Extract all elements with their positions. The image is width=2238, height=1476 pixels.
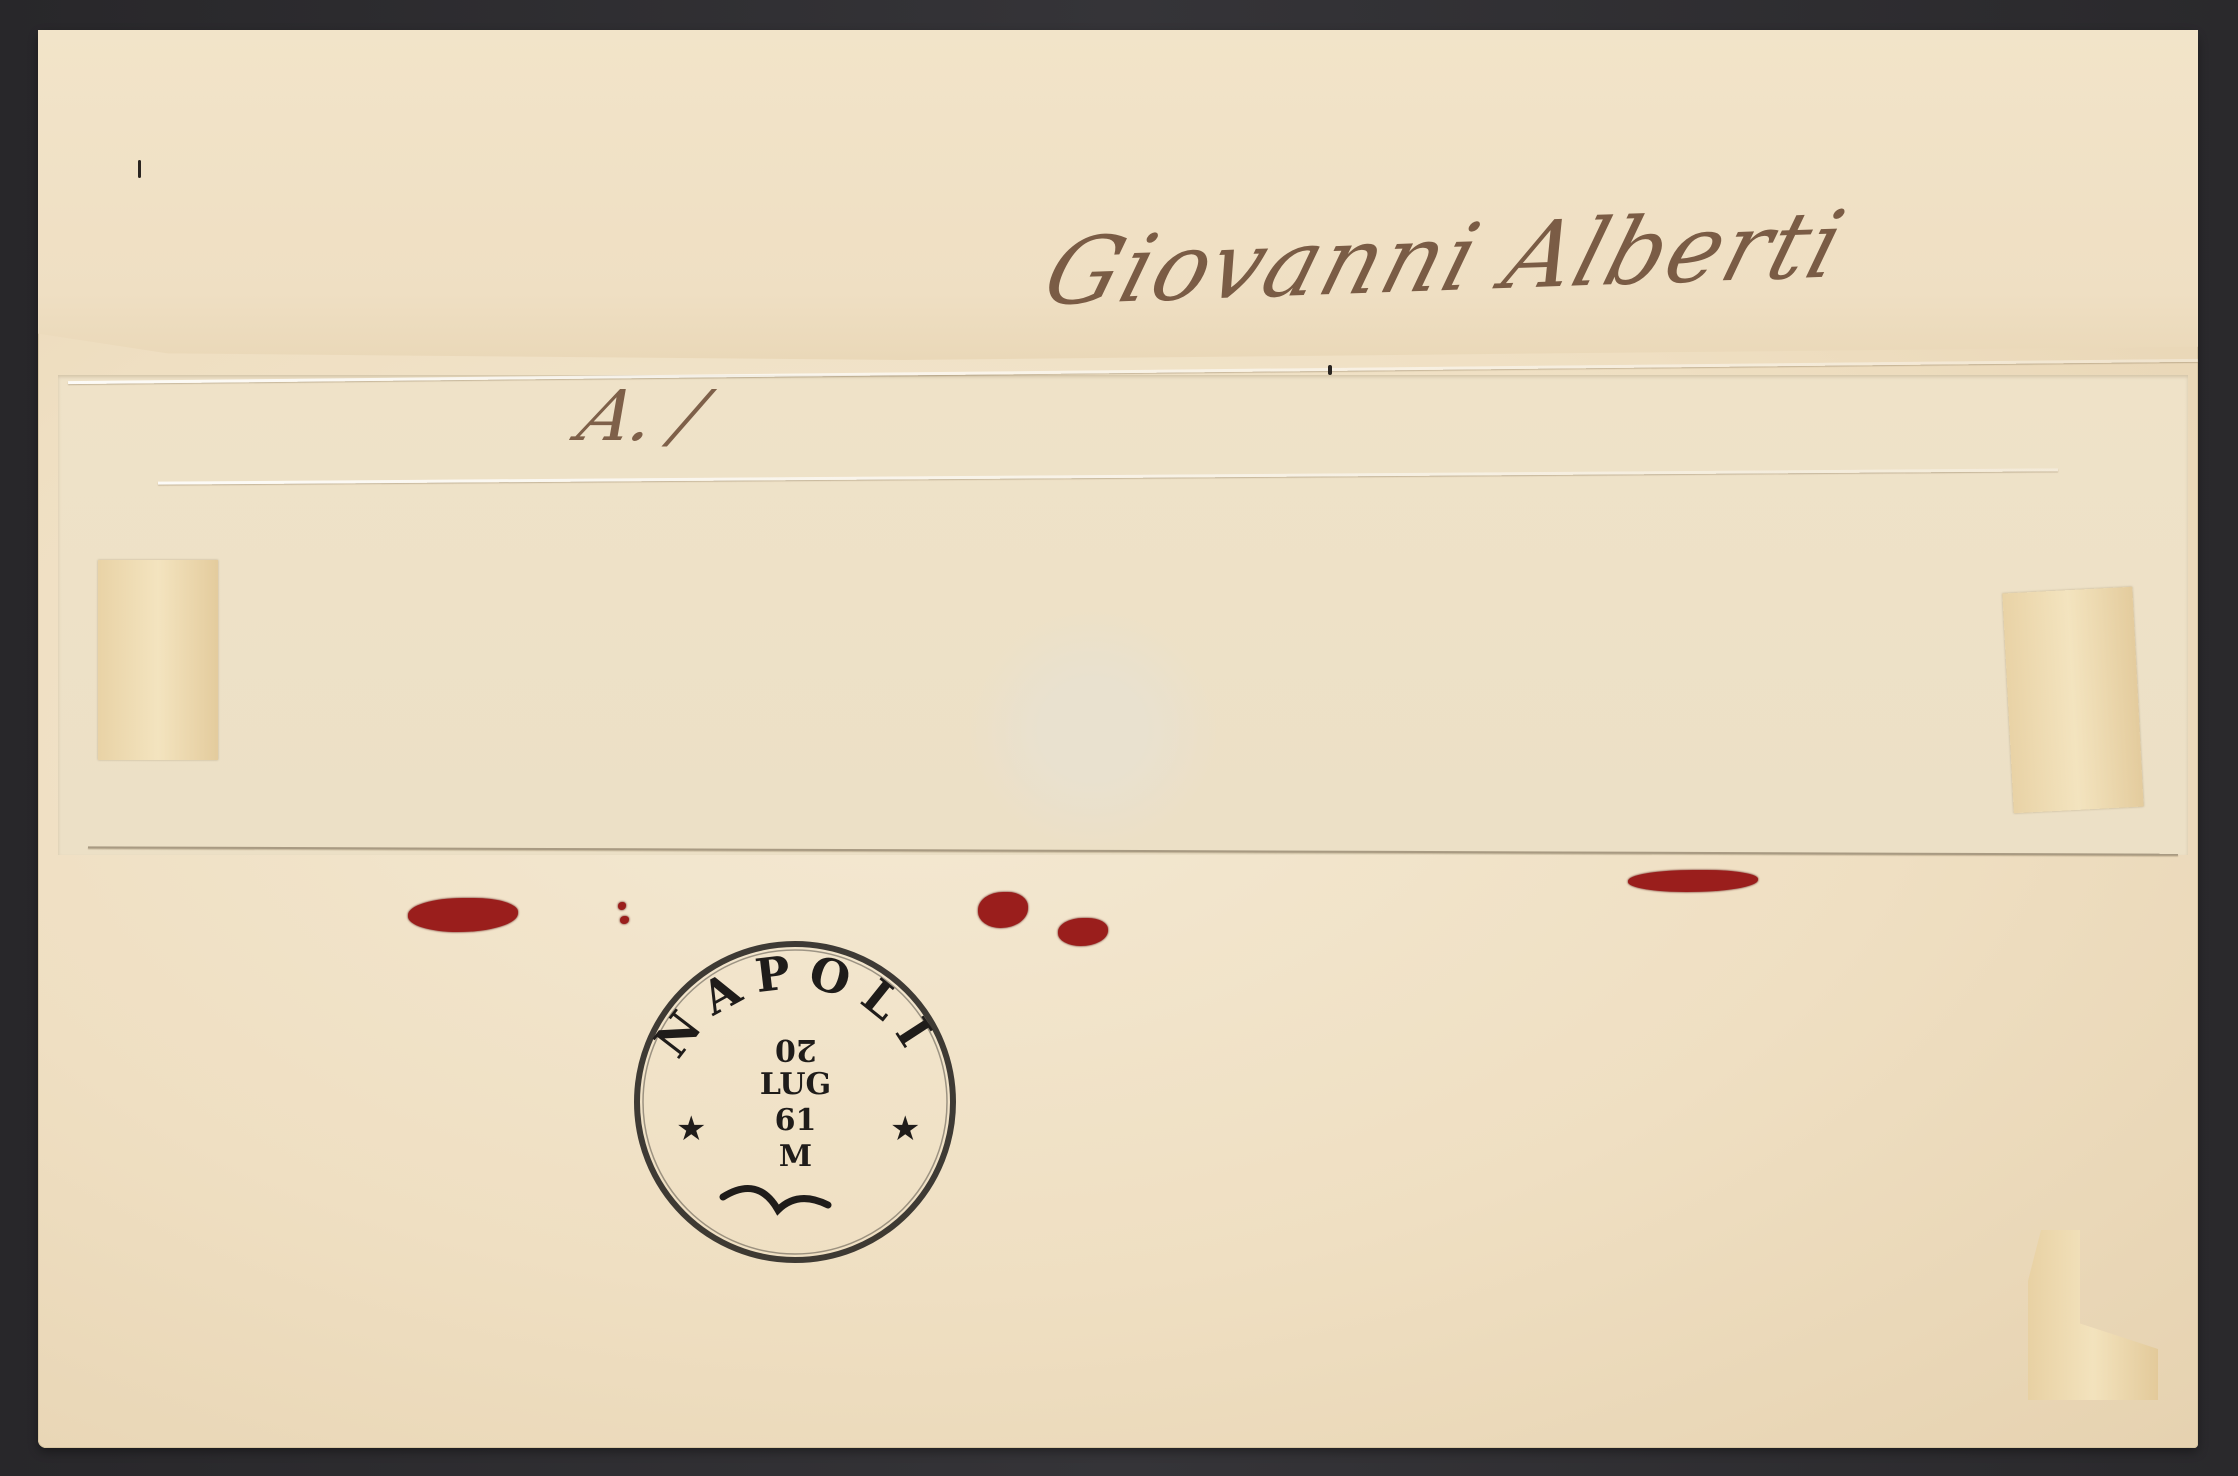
postmark-date: 20 LUG 61 M xyxy=(628,935,963,1270)
hinge-tape-left xyxy=(98,560,218,760)
postmark-time-mark: M xyxy=(779,1142,812,1172)
wax-seal-remnant xyxy=(978,892,1028,928)
wax-drop xyxy=(620,916,629,924)
wax-drop xyxy=(618,902,626,910)
hinge-tape-corner xyxy=(2028,1230,2158,1400)
wax-seal-remnant xyxy=(1058,918,1108,946)
seal-impression xyxy=(968,610,1218,850)
wax-seal-remnant xyxy=(408,898,518,932)
letter-sheet: Giovanni Alberti A. / NAPOLI ★ ★ 20 LUG … xyxy=(38,30,2198,1448)
wax-seal-remnant xyxy=(1628,870,1758,892)
postmark-day: 20 xyxy=(775,1034,817,1064)
postmark-month: LUG xyxy=(760,1070,831,1100)
postmark-napoli: NAPOLI ★ ★ 20 LUG 61 M xyxy=(628,935,963,1270)
postmark-year: 61 xyxy=(775,1106,817,1136)
ink-speck xyxy=(138,160,141,178)
ink-speck xyxy=(1328,365,1332,375)
hinge-tape-right xyxy=(2002,587,2143,814)
